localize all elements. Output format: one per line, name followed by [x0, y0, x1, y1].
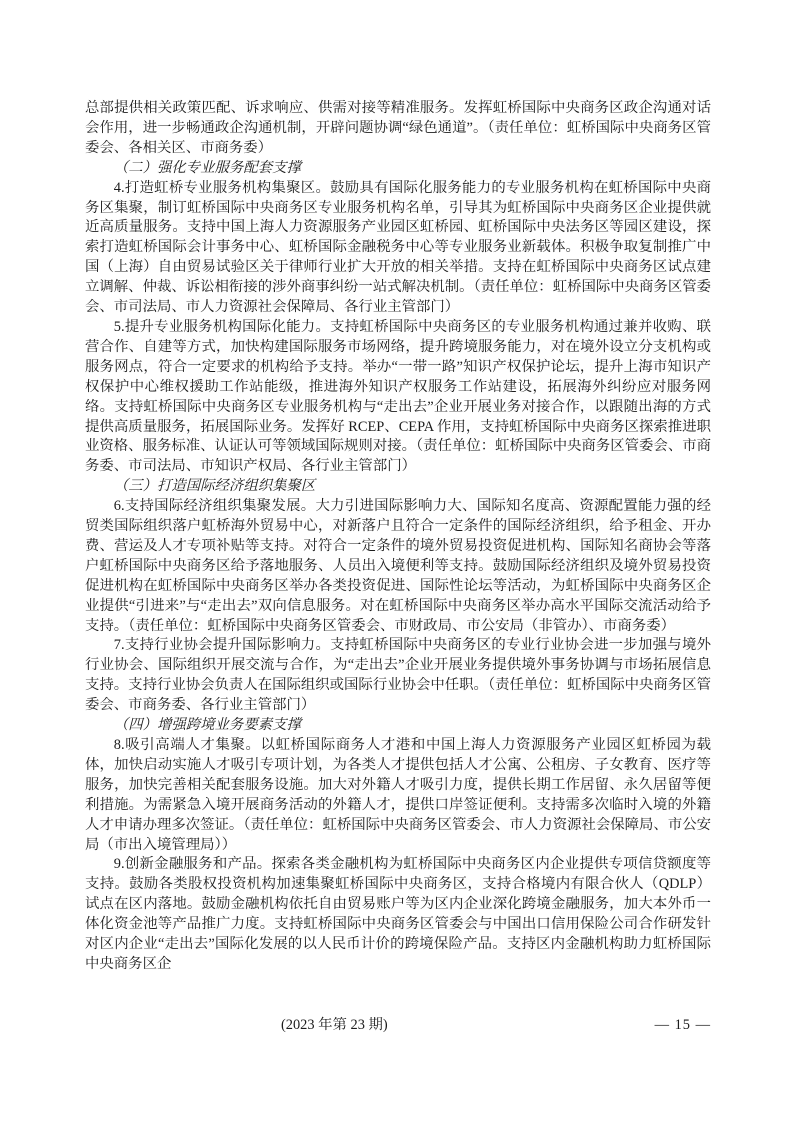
- document-body: 总部提供相关政策匹配、诉求响应、供需对接等精准服务。发挥虹桥国际中央商务区政企沟…: [85, 99, 711, 975]
- page-footer: (2023 年第 23 期) — 15 —: [85, 1015, 711, 1035]
- body-paragraph: 5.提升专业服务机构国际化能力。支持虹桥国际中央商务区的专业服务机构通过兼并收购…: [85, 318, 711, 477]
- body-paragraph: 8.吸引高端人才集聚。以虹桥国际商务人才港和中国上海人力资源服务产业园区虹桥园为…: [85, 736, 711, 855]
- page-number: — 15 —: [655, 1015, 711, 1035]
- body-paragraph: 7.支持行业协会提升国际影响力。支持虹桥国际中央商务区的专业行业协会进一步加强与…: [85, 636, 711, 716]
- body-paragraph: 6.支持国际经济组织集聚发展。大力引进国际影响力大、国际知名度高、资源配置能力强…: [85, 497, 711, 636]
- body-paragraph: 总部提供相关政策匹配、诉求响应、供需对接等精准服务。发挥虹桥国际中央商务区政企沟…: [85, 99, 711, 159]
- section-heading: （四）增强跨境业务要素支撑: [85, 716, 711, 736]
- issue-label: (2023 年第 23 期): [281, 1015, 388, 1035]
- document-page: 总部提供相关政策匹配、诉求响应、供需对接等精准服务。发挥虹桥国际中央商务区政企沟…: [0, 0, 793, 1122]
- section-heading: （三）打造国际经济组织集聚区: [85, 477, 711, 497]
- body-paragraph: 9.创新金融服务和产品。探索各类金融机构为虹桥国际中央商务区内企业提供专项信贷额…: [85, 855, 711, 974]
- body-paragraph: 4.打造虹桥专业服务机构集聚区。鼓励具有国际化服务能力的专业服务机构在虹桥国际中…: [85, 179, 711, 318]
- section-heading: （二）强化专业服务配套支撑: [85, 159, 711, 179]
